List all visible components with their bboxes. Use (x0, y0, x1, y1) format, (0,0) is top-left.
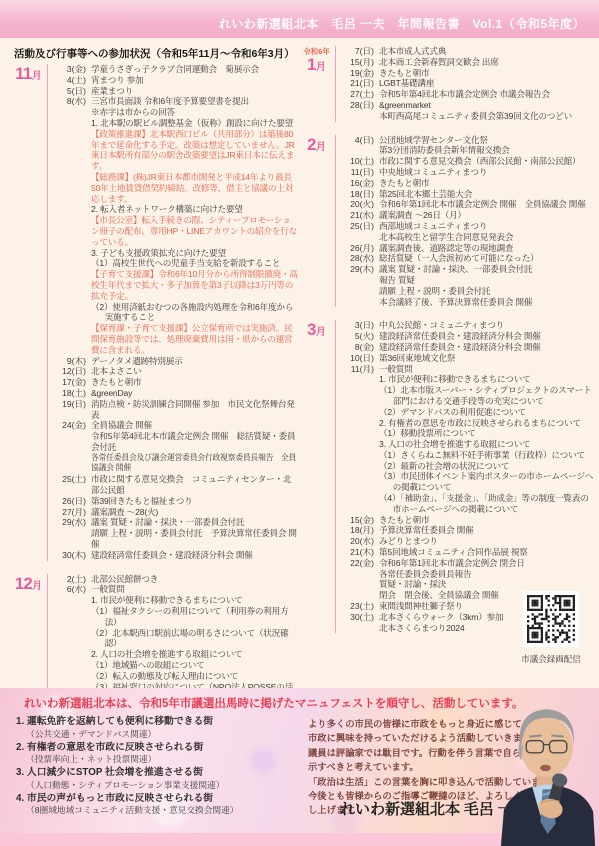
activity-line: 3. 人口の社会増を推進する取組について (379, 439, 594, 450)
activity-line: 市政に関する意見交換会（西部公民館・南部公民館） (379, 156, 594, 167)
activity-detail: 建設経済常任委員会・建設経済分科会 開催 (91, 550, 298, 561)
activity-date: 19(日) (55, 399, 86, 410)
manifesto-item-note: （公共交通・デマンドバス関連） (16, 729, 304, 741)
activity-report-body: 活動及び行事等への参加状況（令和5年11月～令和6年3月） 11月3(金)学童う… (0, 38, 599, 688)
activity-line: 令和6年第1回北本市議会定例会 閉会日 (379, 558, 594, 569)
activity-row: 18(月)予算決算常任委員会 開催 (343, 525, 594, 536)
activity-detail: 令和6年第1回北本市議会定例会 開催 全員協議会 開催 (379, 199, 594, 210)
activity-date: 9(木) (55, 356, 86, 367)
activity-line: 1. 北本駅の駅ビル調整基金（仮称）創設に向けた要望 (91, 118, 298, 129)
activity-line: 第25回北本郷土芸能大会 (379, 189, 594, 200)
activity-date: 20(火) (343, 199, 374, 210)
activity-detail: 三宮市長面談 令和6年度予算要望書を提出※赤字は市からの回答1. 北本駅の駅ビル… (91, 96, 298, 355)
report-page: れいわ新選組北本 毛呂 一夫 年間報告書 Vol.1（令和5年度） 活動及び行事… (0, 0, 599, 846)
activity-row: 16(金)きたもと朝市 (343, 178, 594, 189)
activity-line: 2. 有権者の意思を市政に反映させられるまちについて (379, 418, 594, 429)
activity-line: 学童うさぎっ子クラブ合同運動会 菊展示会 (91, 64, 298, 75)
activity-detail: 議案 質疑・討論・採決、一部委員会付託報告 質疑請願 上程・説明・委員会付託本会… (379, 264, 594, 307)
activity-line: 全員協議会 開催 (91, 420, 298, 431)
activity-row: 19(金)きたもと朝市 (343, 68, 594, 79)
month-label: 3月 (298, 320, 335, 633)
activity-row: 3(日)中丸公民館・コミュニティまつり (343, 320, 594, 331)
qr-code-pattern (527, 595, 575, 643)
manifesto-item-note: （8圏域地域コミュニティ活動支援・意見交換会関連） (16, 805, 304, 817)
activity-line: 令和5年第4回北本市議会定例会 市議会報告会 (379, 89, 594, 100)
activity-detail: きたもと朝市 (91, 377, 298, 388)
month-entries: 3(金)学童うさぎっ子クラブ合同運動会 菊展示会4(土)宵まつり 参加5(日)産… (47, 64, 298, 561)
activity-line: 議案調査 ～28(火) (91, 507, 298, 518)
month-suffix: 月 (32, 71, 42, 82)
activity-detail: 建設経済常任委員会・建設経済分科会 開催 (379, 342, 594, 353)
activity-line: （2）転入の動態及び転入理由について (91, 671, 298, 682)
activity-line: 請願 上程・説明・委員会付託 (379, 286, 594, 297)
activity-detail: 第5回地域コミュニティ合同作品展 視察 (379, 547, 594, 558)
activity-line: （1）地域猫への取組について (91, 660, 298, 671)
activity-date: 10(日) (343, 353, 374, 364)
activity-detail: 全員協議会 開催令和5年第4回北本市議会定例会 開催 総括質疑・委員会付託各常任… (91, 420, 298, 474)
activity-line: 宵まつり 参加 (91, 75, 298, 86)
activity-date: 27(月) (55, 507, 86, 518)
activity-detail: 公団地域学習センター文化祭第3分団消防委員会新年情報交換会 (379, 135, 594, 157)
activity-date: 11(月) (343, 364, 374, 375)
report-title: れいわ新選組北本 毛呂 一夫 年間報告書 Vol.1（令和5年度） (219, 15, 585, 32)
activity-row: 4(日)公団地域学習センター文化祭第3分団消防委員会新年情報交換会 (343, 135, 594, 157)
activity-line: きたもと朝市 (379, 68, 594, 79)
activity-row: 5(火)建設経済常任委員会・建設経済分科会 開催 (343, 331, 594, 342)
manifesto-item-title: 1. 運転免許を返納しても便利に移動できる街 (16, 716, 304, 729)
activity-detail: &greenmarket本町西高尾コミュニティ委員会第39回文化のつどい (379, 100, 594, 122)
activity-line: 2. 転入者ネットワーク構築に向けた要望 (91, 204, 298, 215)
activity-date: 3(日) (343, 320, 374, 331)
activity-date: 27(土) (343, 89, 374, 100)
activity-date: 5(日) (55, 86, 86, 97)
activity-row: 18(土)&greenDay (55, 388, 298, 399)
activity-detail: 宵まつり 参加 (91, 75, 298, 86)
manifesto-item-note: （人口動態・シティプロモーション事業支援関連） (16, 780, 304, 792)
activity-date: 16(金) (343, 178, 374, 189)
speaker-photo (491, 694, 599, 846)
activity-detail: 中丸公民館・コミュニティまつり (379, 320, 594, 331)
activity-line: 予算決算常任委員会 開催 (379, 525, 594, 536)
activity-detail: きたもと朝市 (379, 178, 594, 189)
activity-date: 8(水) (55, 96, 86, 107)
manifesto-item: 4. 市民の声がもっと市政に反映させられる街（8圏域地域コミュニティ活動支援・意… (16, 793, 304, 817)
activity-line: 第39回きたもと福祉まつり (91, 496, 298, 507)
month-suffix: 月 (32, 581, 42, 592)
activity-detail: 総括質疑（一人会派初めて可能になった） (379, 253, 594, 264)
activity-line: 本町西高尾コミュニティ委員会第39回文化のつどい (379, 111, 594, 122)
activity-detail: 第39回きたもと福祉まつり (91, 496, 298, 507)
section-title: 活動及び行事等への参加状況（令和5年11月～令和6年3月） (14, 46, 295, 61)
activity-date: 8(金) (343, 342, 374, 353)
activity-date: 26(月) (343, 243, 374, 254)
activity-line: 一般質問 (379, 364, 594, 375)
activity-line: 中央地域コミュニティまつり (379, 167, 594, 178)
activity-line: 議案調査 ～26日（月） (379, 210, 594, 221)
activity-line: 報告 質疑 (379, 275, 594, 286)
activity-line: 北本高校生と留学生合同意見発表会 (379, 232, 594, 243)
activity-line: 令和6年第1回北本市議会定例会 開催 全員協議会 開催 (379, 199, 594, 210)
activity-line: （1）高校生世代への児童手当支給を新設すること (91, 258, 298, 269)
activity-line: 三宮市長面談 令和6年度予算要望書を提出 (91, 96, 298, 107)
activity-date: 30(木) (55, 550, 86, 561)
activity-date: 23(土) (343, 601, 374, 612)
month-block: 11月3(金)学童うさぎっ子クラブ合同運動会 菊展示会4(土)宵まつり 参加5(… (10, 64, 298, 561)
month-label: 2月 (298, 135, 335, 308)
activity-row: 8(金)建設経済常任委員会・建設経済分科会 開催 (343, 342, 594, 353)
activity-row: 5(日)産業まつり (55, 86, 298, 97)
activity-line: LGBT基礎講座 (379, 78, 594, 89)
activity-detail: 学童うさぎっ子クラブ合同運動会 菊展示会 (91, 64, 298, 75)
activity-line: 2. 人口の社会増を推進する取組について (91, 649, 298, 660)
manifesto-item-title: 2. 有権者の意思を市政に反映させられる街 (16, 742, 304, 755)
activity-line: 消防点検・防災訓練合同開催 参加 市民文化祭舞台発表 (91, 399, 298, 421)
activity-line: 3. 子ども支援政策拡充に向けた要望 (91, 248, 298, 259)
activity-date: 21(木) (343, 547, 374, 558)
activity-row: 25(日)西部地域コミュニティまつり北本高校生と留学生合同意見発表会 (343, 221, 594, 243)
activity-date: 3(金) (55, 64, 86, 75)
activity-detail: 議案調査 ～26日（月） (379, 210, 594, 221)
activity-line: 北本商工会新春賀詞交歓会 出席 (379, 57, 594, 68)
activity-detail: 議案調査後、道路認定等の現地調査 (379, 243, 594, 254)
activity-detail: 中央地域コミュニティまつり (379, 167, 594, 178)
activity-line: 【総務課】(株)JR東日本都市開発と平成14年より最長50年土地賃貸借契約締結。… (91, 172, 298, 204)
activity-line: 【保育課・子育て支援課】公立保育所では実施済。民間保育施設等では、処理廃棄費用は… (91, 323, 298, 355)
activity-line: 第5回地域コミュニティ合同作品展 視察 (379, 547, 594, 558)
activity-line: 請願 上程・説明・委員会付託 予算決算常任委員会 開催 (91, 528, 298, 550)
column-1: 令和6年1月7(日)北本市成人式式典15(月)北本商工会新春賀詞交歓会 出席19… (298, 46, 594, 646)
month-suffix: 月 (316, 327, 326, 338)
activity-detail: LGBT基礎講座 (379, 78, 594, 89)
manifesto-item: 2. 有権者の意思を市政に反映させられる街（投票率向上・ネット投票関連） (16, 742, 304, 766)
activity-date: 21(水) (343, 210, 374, 221)
activity-date: 4(日) (343, 135, 374, 146)
activity-detail: 令和5年第4回北本市議会定例会 市議会報告会 (379, 89, 594, 100)
activity-line: （2）デマンドバスの利用促進について (379, 407, 594, 418)
activity-detail: 消防点検・防災訓練合同開催 参加 市民文化祭舞台発表 (91, 399, 298, 421)
activity-row: 18(日)第25回北本郷土芸能大会 (343, 189, 594, 200)
month-number: 3 (307, 321, 316, 339)
activity-detail: 一般質問1. 市民が便利に移動できるまちについて（1）北本市版スーパー・シティプ… (379, 364, 594, 515)
activity-date: 4(土) (55, 75, 86, 86)
activity-date: 26(日) (55, 496, 86, 507)
activity-row: 21(木)第5回地域コミュニティ合同作品展 視察 (343, 547, 594, 558)
activity-date: 15(月) (343, 57, 374, 68)
activity-line: 議案 質疑・討論・採決・一部委員会付託 (91, 517, 298, 528)
activity-line: （4）「補助金」、「支援金」、「助成金」等の制度一覧表の市ホームページへの掲載に… (379, 493, 594, 515)
activity-detail: 建設経済常任委員会・建設経済分科会 開催 (379, 331, 594, 342)
activity-line: （1）福祉タクシーの利用について（利用券の利用方法） (91, 606, 298, 628)
activity-detail: 北本よさこい (91, 366, 298, 377)
activity-line: 1. 市民が便利に移動できるまちについて (91, 595, 298, 606)
month-label: 11月 (10, 64, 47, 561)
activity-date: 25(日) (343, 221, 374, 232)
activity-row: 10(土)市政に関する意見交換会（西部公民館・南部公民館） (343, 156, 594, 167)
activity-line: 北本市成人式式典 (379, 46, 594, 57)
month-label: 令和6年1月 (298, 46, 335, 122)
month-entries: 3(日)中丸公民館・コミュニティまつり5(火)建設経済常任委員会・建設経済分科会… (335, 320, 594, 633)
activity-detail: 産業まつり (91, 86, 298, 97)
activity-detail: 市政に関する意見交換会（西部公民館・南部公民館） (379, 156, 594, 167)
activity-date: 19(金) (343, 68, 374, 79)
month-entries: 7(日)北本市成人式式典15(月)北本商工会新春賀詞交歓会 出席19(金)きたも… (335, 46, 594, 122)
activity-row: 12(日)北本よさこい (55, 366, 298, 377)
manifesto-item-title: 4. 市民の声がもっと市政に反映させられる街 (16, 793, 304, 806)
activity-date: 24(金) (55, 420, 86, 431)
year-label: 令和6年 (298, 47, 335, 56)
activity-line: 建設経済常任委員会・建設経済分科会 開催 (379, 331, 594, 342)
activity-line: （1）移動投票所について (379, 428, 594, 439)
activity-line: 中丸公民館・コミュニティまつり (379, 320, 594, 331)
activity-line: デーノタメ遺跡特別展示 (91, 356, 298, 367)
month-number: 1 (307, 56, 316, 74)
activity-date: 21(日) (343, 78, 374, 89)
activity-line: （2）最新の社会増の状況について (379, 461, 594, 472)
activity-row: 15(金)きたもと朝市 (343, 515, 594, 526)
manifesto-heading: れいわ新選組北本は、令和5年市議選出馬時に掲げたマニュフェストを順守し、活動して… (24, 695, 523, 711)
activity-line: 【子育て支援課】令和6年10月分から所得制限撤廃・高校生年代まで拡大・多子加算を… (91, 269, 298, 301)
activity-line: 本会議終了後、予算決算常任委員会 開催 (379, 297, 594, 308)
month-suffix: 月 (316, 142, 326, 153)
activity-row: 25(土)市政に関する意見交換会 コミュニティセンター・北部公民館 (55, 474, 298, 496)
activity-line: 各常任委員会及び議会運営委員会行政視察委員長報告 全員協議会 開催 (91, 453, 298, 475)
activity-row: 30(木)建設経済常任委員会・建設経済分科会 開催 (55, 550, 298, 561)
activity-line: 建設経済常任委員会・建設経済分科会 開催 (91, 550, 298, 561)
activity-row: 26(月)議案調査後、道路認定等の現地調査 (343, 243, 594, 254)
activity-row: 17(金)きたもと朝市 (55, 377, 298, 388)
activity-line: &greenDay (91, 388, 298, 399)
activity-detail: 議案調査 ～28(火) (91, 507, 298, 518)
activity-date: 18(土) (55, 388, 86, 399)
activity-line: 建設経済常任委員会・建設経済分科会 開催 (379, 342, 594, 353)
activity-row: 20(火)令和6年第1回北本市議会定例会 開催 全員協議会 開催 (343, 199, 594, 210)
activity-date: 15(金) (343, 515, 374, 526)
activity-detail: きたもと朝市 (379, 68, 594, 79)
activity-line: 【市長公室】転入手続きの際、シティープロモーション冊子の配布、専用HP・LINE… (91, 215, 298, 247)
activity-row: 11(日)中央地域コミュニティまつり (343, 167, 594, 178)
activity-line: 産業まつり (91, 86, 298, 97)
activity-date: 28(日) (343, 100, 374, 111)
activity-line: 質疑・討論・採決 (379, 579, 594, 590)
activity-line: 公団地域学習センター文化祭 (379, 135, 594, 146)
activity-date: 28(水) (343, 253, 374, 264)
month-number: 11 (15, 65, 31, 83)
activity-row: 28(水)総括質疑（一人会派初めて可能になった） (343, 253, 594, 264)
activity-line: 議案 質疑・討論・採決、一部委員会付託 (379, 264, 594, 275)
activity-detail: デーノタメ遺跡特別展示 (91, 356, 298, 367)
activity-row: 4(土)宵まつり 参加 (55, 75, 298, 86)
activity-line: みどりとまつり (379, 536, 594, 547)
activity-line: 各常任委員会委員長報告 (379, 569, 594, 580)
activity-date: 6(水) (55, 584, 86, 595)
activity-row: 27(土)令和5年第4回北本市議会定例会 市議会報告会 (343, 89, 594, 100)
activity-line: 市政に関する意見交換会 コミュニティセンター・北部公民館 (91, 474, 298, 496)
month-number: 12 (15, 575, 32, 593)
activity-detail: &greenDay (91, 388, 298, 399)
activity-detail: 市政に関する意見交換会 コミュニティセンター・北部公民館 (91, 474, 298, 496)
activity-row: 15(月)北本商工会新春賀詞交歓会 出席 (343, 57, 594, 68)
activity-date: 17(金) (55, 377, 86, 388)
activity-row: 7(日)北本市成人式式典 (343, 46, 594, 57)
qr-code (523, 591, 579, 647)
month-entries: 4(日)公団地域学習センター文化祭第3分団消防委員会新年情報交換会10(土)市政… (335, 135, 594, 308)
activity-date: 10(土) (343, 156, 374, 167)
activity-detail: 第25回北本郷土芸能大会 (379, 189, 594, 200)
activity-date: 5(火) (343, 331, 374, 342)
activity-line: 北部公民館餅つき (91, 574, 298, 585)
activity-line: きたもと朝市 (379, 178, 594, 189)
qr-caption: 市議会録画配信 (505, 653, 597, 665)
activity-line: 一般質問 (91, 584, 298, 595)
month-number: 2 (307, 136, 316, 154)
activity-line: 令和5年第4回北本市議会定例会 開催 総括質疑・委員会付託 (91, 431, 298, 453)
activity-detail: みどりとまつり (379, 536, 594, 547)
activity-row: 21(水)議案調査 ～26日（月） (343, 210, 594, 221)
activity-line: 議案調査後、道路認定等の現地調査 (379, 243, 594, 254)
month-block: 3月3(日)中丸公民館・コミュニティまつり5(火)建設経済常任委員会・建設経済分… (298, 320, 594, 633)
manifesto-list: 1. 運転免許を返納しても便利に移動できる街（公共交通・デマンドバス関連）2. … (16, 716, 304, 818)
activity-date: 18(月) (343, 525, 374, 536)
activity-row: 21(日)LGBT基礎講座 (343, 78, 594, 89)
activity-date: 18(日) (343, 189, 374, 200)
activity-row: 3(金)学童うさぎっ子クラブ合同運動会 菊展示会 (55, 64, 298, 75)
activity-line: 第36回東地域文化祭 (379, 353, 594, 364)
manifesto-section: れいわ新選組北本は、令和5年市議選出馬時に掲げたマニュフェストを順守し、活動して… (0, 688, 599, 846)
activity-detail: 議案 質疑・討論・採決・一部委員会付託請願 上程・説明・委員会付託 予算決算常任… (91, 517, 298, 549)
activity-row: 2(土)北部公民館餅つき (55, 574, 298, 585)
activity-detail: きたもと朝市 (379, 515, 594, 526)
activity-detail: 第36回東地域文化祭 (379, 353, 594, 364)
activity-row: 10(日)第36回東地域文化祭 (343, 353, 594, 364)
activity-row: 27(月)議案調査 ～28(火) (55, 507, 298, 518)
activity-line: 北本よさこい (91, 366, 298, 377)
activity-detail: 予算決算常任委員会 開催 (379, 525, 594, 536)
activity-line: （3）市民団体イベント案内ポスターの市ホームページへの掲載について (379, 471, 594, 493)
manifesto-item: 3. 人口減少にSTOP 社会増を推進させる街（人口動態・シティプロモーション事… (16, 767, 304, 791)
activity-row: 11(月)一般質問1. 市民が便利に移動できるまちについて（1）北本市版スーパー… (343, 364, 594, 515)
activity-date: 25(土) (55, 474, 86, 485)
activity-row: 29(木)議案 質疑・討論・採決、一部委員会付託報告 質疑請願 上程・説明・委員… (343, 264, 594, 307)
activity-detail: 北本商工会新春賀詞交歓会 出席 (379, 57, 594, 68)
activity-line: （1）さくらねこ無料不妊手術事業（行政枠）について (379, 450, 594, 461)
manifesto-item-title: 3. 人口減少にSTOP 社会増を推進させる街 (16, 767, 304, 780)
activity-line: 第3分団消防委員会新年情報交換会 (379, 145, 594, 156)
activity-date: 30(土) (343, 612, 374, 623)
activity-row: 8(水)三宮市長面談 令和6年度予算要望書を提出※赤字は市からの回答1. 北本駅… (55, 96, 298, 355)
activity-detail: 西部地域コミュニティまつり北本高校生と留学生合同意見発表会 (379, 221, 594, 243)
month-block: 令和6年1月7(日)北本市成人式式典15(月)北本商工会新春賀詞交歓会 出席19… (298, 46, 594, 122)
manifesto-item-note: （投票率向上・ネット投票関連） (16, 754, 304, 766)
activity-date: 20(水) (343, 536, 374, 547)
activity-date: 22(金) (343, 558, 374, 569)
activity-line: 西部地域コミュニティまつり (379, 221, 594, 232)
activity-line: （1）北本市版スーパー・シティプロジェクトのスマート部門における交通手段等の充実… (379, 385, 594, 407)
activity-date: 29(木) (343, 264, 374, 275)
activity-line: きたもと朝市 (91, 377, 298, 388)
activity-line: &greenmarket (379, 100, 594, 111)
activity-row: 28(日)&greenmarket本町西高尾コミュニティ委員会第39回文化のつど… (343, 100, 594, 122)
activity-row: 19(日)消防点検・防災訓練合同開催 参加 市民文化祭舞台発表 (55, 399, 298, 421)
activity-date: 29(水) (55, 517, 86, 528)
activity-date: 11(日) (343, 167, 374, 178)
activity-row: 9(木)デーノタメ遺跡特別展示 (55, 356, 298, 367)
activity-date: 7(日) (343, 46, 374, 57)
activity-date: 2(土) (55, 574, 86, 585)
activity-row: 26(日)第39回きたもと福祉まつり (55, 496, 298, 507)
manifesto-item: 1. 運転免許を返納しても便利に移動できる街（公共交通・デマンドバス関連） (16, 716, 304, 740)
activity-row: 24(金)全員協議会 開催令和5年第4回北本市議会定例会 開催 総括質疑・委員会… (55, 420, 298, 474)
activity-row: 20(水)みどりとまつり (343, 536, 594, 547)
activity-line: ※赤字は市からの回答 (91, 107, 298, 118)
month-suffix: 月 (316, 62, 326, 73)
activity-line: 総括質疑（一人会派初めて可能になった） (379, 253, 594, 264)
activity-row: 29(水)議案 質疑・討論・採決・一部委員会付託請願 上程・説明・委員会付託 予… (55, 517, 298, 549)
activity-line: きたもと朝市 (379, 515, 594, 526)
month-block: 2月4(日)公団地域学習センター文化祭第3分団消防委員会新年情報交換会10(土)… (298, 135, 594, 308)
activity-line: 1. 市民が便利に移動できるまちについて (379, 374, 594, 385)
activity-detail: 北部公民館餅つき (91, 574, 298, 585)
page-header: れいわ新選組北本 毛呂 一夫 年間報告書 Vol.1（令和5年度） (0, 0, 599, 38)
activity-detail: 北本市成人式式典 (379, 46, 594, 57)
activity-date: 12(日) (55, 366, 86, 377)
activity-line: （2）北本駅西口駅前広場の明るさについて（状況確認） (91, 628, 298, 650)
activity-line: 【政策推進課】北本駅西口ビル（共用部分）は築後80年まで延命化する予定。改築は想… (91, 129, 298, 172)
activity-line: （2）使用済紙おむつの各施設内処理を令和6年度から実施すること (91, 302, 298, 324)
